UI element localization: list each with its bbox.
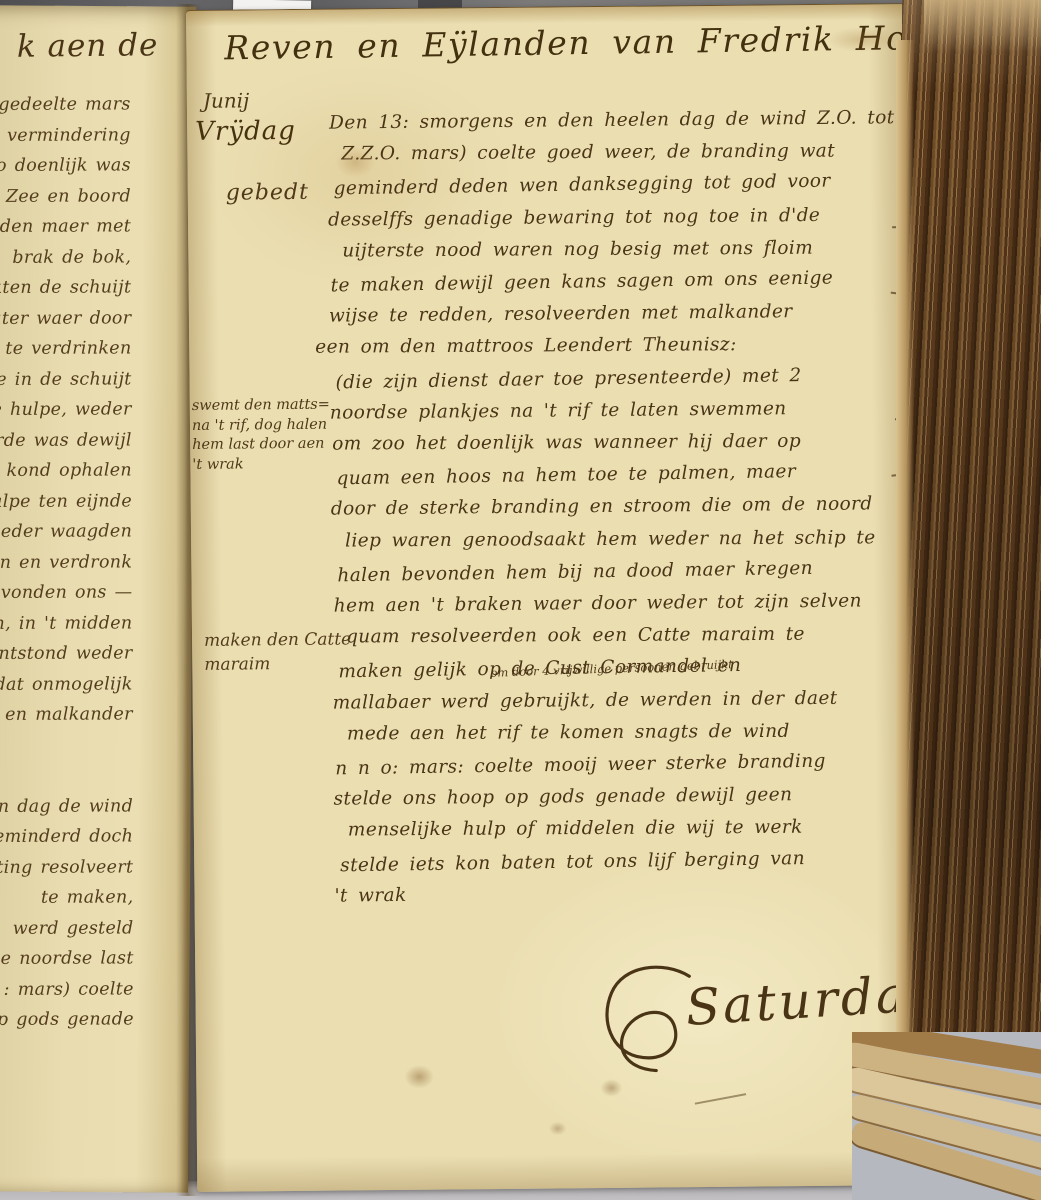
text-line: hulpe ten eijnde [0, 486, 132, 517]
text-line: de noordse last [0, 943, 134, 974]
text-line: quam te verdrinken [0, 333, 132, 364]
book-fore-edge [902, 0, 1041, 1084]
journal-entry-text: Den 13: smorgens en den heelen dag de wi… [327, 102, 913, 913]
left-page: k aen de t: W: gedeelte marsenige vermin… [0, 5, 196, 1192]
text-line: den dag de wind [0, 791, 133, 822]
text-line: geminderd doch [0, 821, 133, 852]
text-line: en malkander [0, 699, 133, 730]
text-line: zoo dat onmogelijk [0, 669, 133, 700]
text-line: enige vermindering [0, 120, 131, 151]
text-line: 't wrak [192, 454, 350, 475]
text-line [0, 730, 133, 761]
text-line: niet kond ophalen [0, 455, 132, 486]
text-line: sloten, in 't midden [0, 608, 133, 639]
text-line: eden maer met [0, 211, 131, 242]
text-line: aakten de schuijt [0, 272, 131, 303]
text-line: vaerde was dewijl [0, 425, 132, 456]
text-line: te maken, [0, 882, 133, 913]
text-line: alten en verdronk [0, 547, 132, 578]
text-line: na 't rif, dog halen [192, 415, 350, 436]
text-line: zoo doenlijk was [0, 150, 131, 181]
text-line [0, 760, 133, 791]
manuscript-photo: k aen de t: W: gedeelte marsenige vermin… [0, 0, 1041, 1200]
text-line: beter weder waagden [0, 516, 132, 547]
margin-month-label: Junij [203, 88, 250, 112]
text-line: p gods genade [0, 1004, 134, 1035]
text-line: den Zee en boord [0, 181, 131, 212]
left-page-text: t: W: gedeelte marsenige verminderingzoo… [0, 89, 174, 1035]
text-line: l water waer door [0, 303, 131, 334]
text-line: de hulpe, weder [0, 394, 132, 425]
text-line: de storting resolveert [0, 852, 133, 883]
stain [600, 1079, 622, 1097]
pen-dash [695, 1093, 746, 1104]
journal-page: Reven en Eÿlanden van Fredrik Houtman Ju… [186, 3, 921, 1192]
text-line: desselffs genadige bewaring tot nog toe … [328, 199, 906, 237]
margin-prayer-label: gebedt [226, 180, 309, 206]
page-title: Reven en Eÿlanden van Fredrik Houtman [224, 18, 905, 67]
fanned-page-corner [852, 1032, 1041, 1200]
text-line: t: W: gedeelte mars [0, 89, 131, 120]
text-line: brak de bok, [0, 242, 131, 273]
text-line: mallabaer werd gebruijkt, de werden in d… [333, 682, 911, 720]
text-line: bevonden ons — [0, 577, 132, 608]
text-line: ontstond weder [0, 638, 133, 669]
margin-note-swim: swemt den matts=na 't rif, dog halenhem … [192, 395, 351, 475]
text-line: mede in de schuijt [0, 364, 132, 395]
text-line: Den 13: smorgens en den heelen dag de wi… [329, 102, 905, 140]
margin-day-label: Vrÿdag [195, 116, 296, 147]
text-line: hem last door aen [192, 434, 350, 455]
text-line: swemt den matts= [192, 395, 350, 416]
stain [549, 1121, 567, 1135]
stain [404, 1065, 434, 1089]
text-line: : mars) coelte [0, 974, 134, 1005]
text-line: werd gesteld [0, 913, 134, 944]
left-page-header: k aen de [16, 27, 158, 64]
